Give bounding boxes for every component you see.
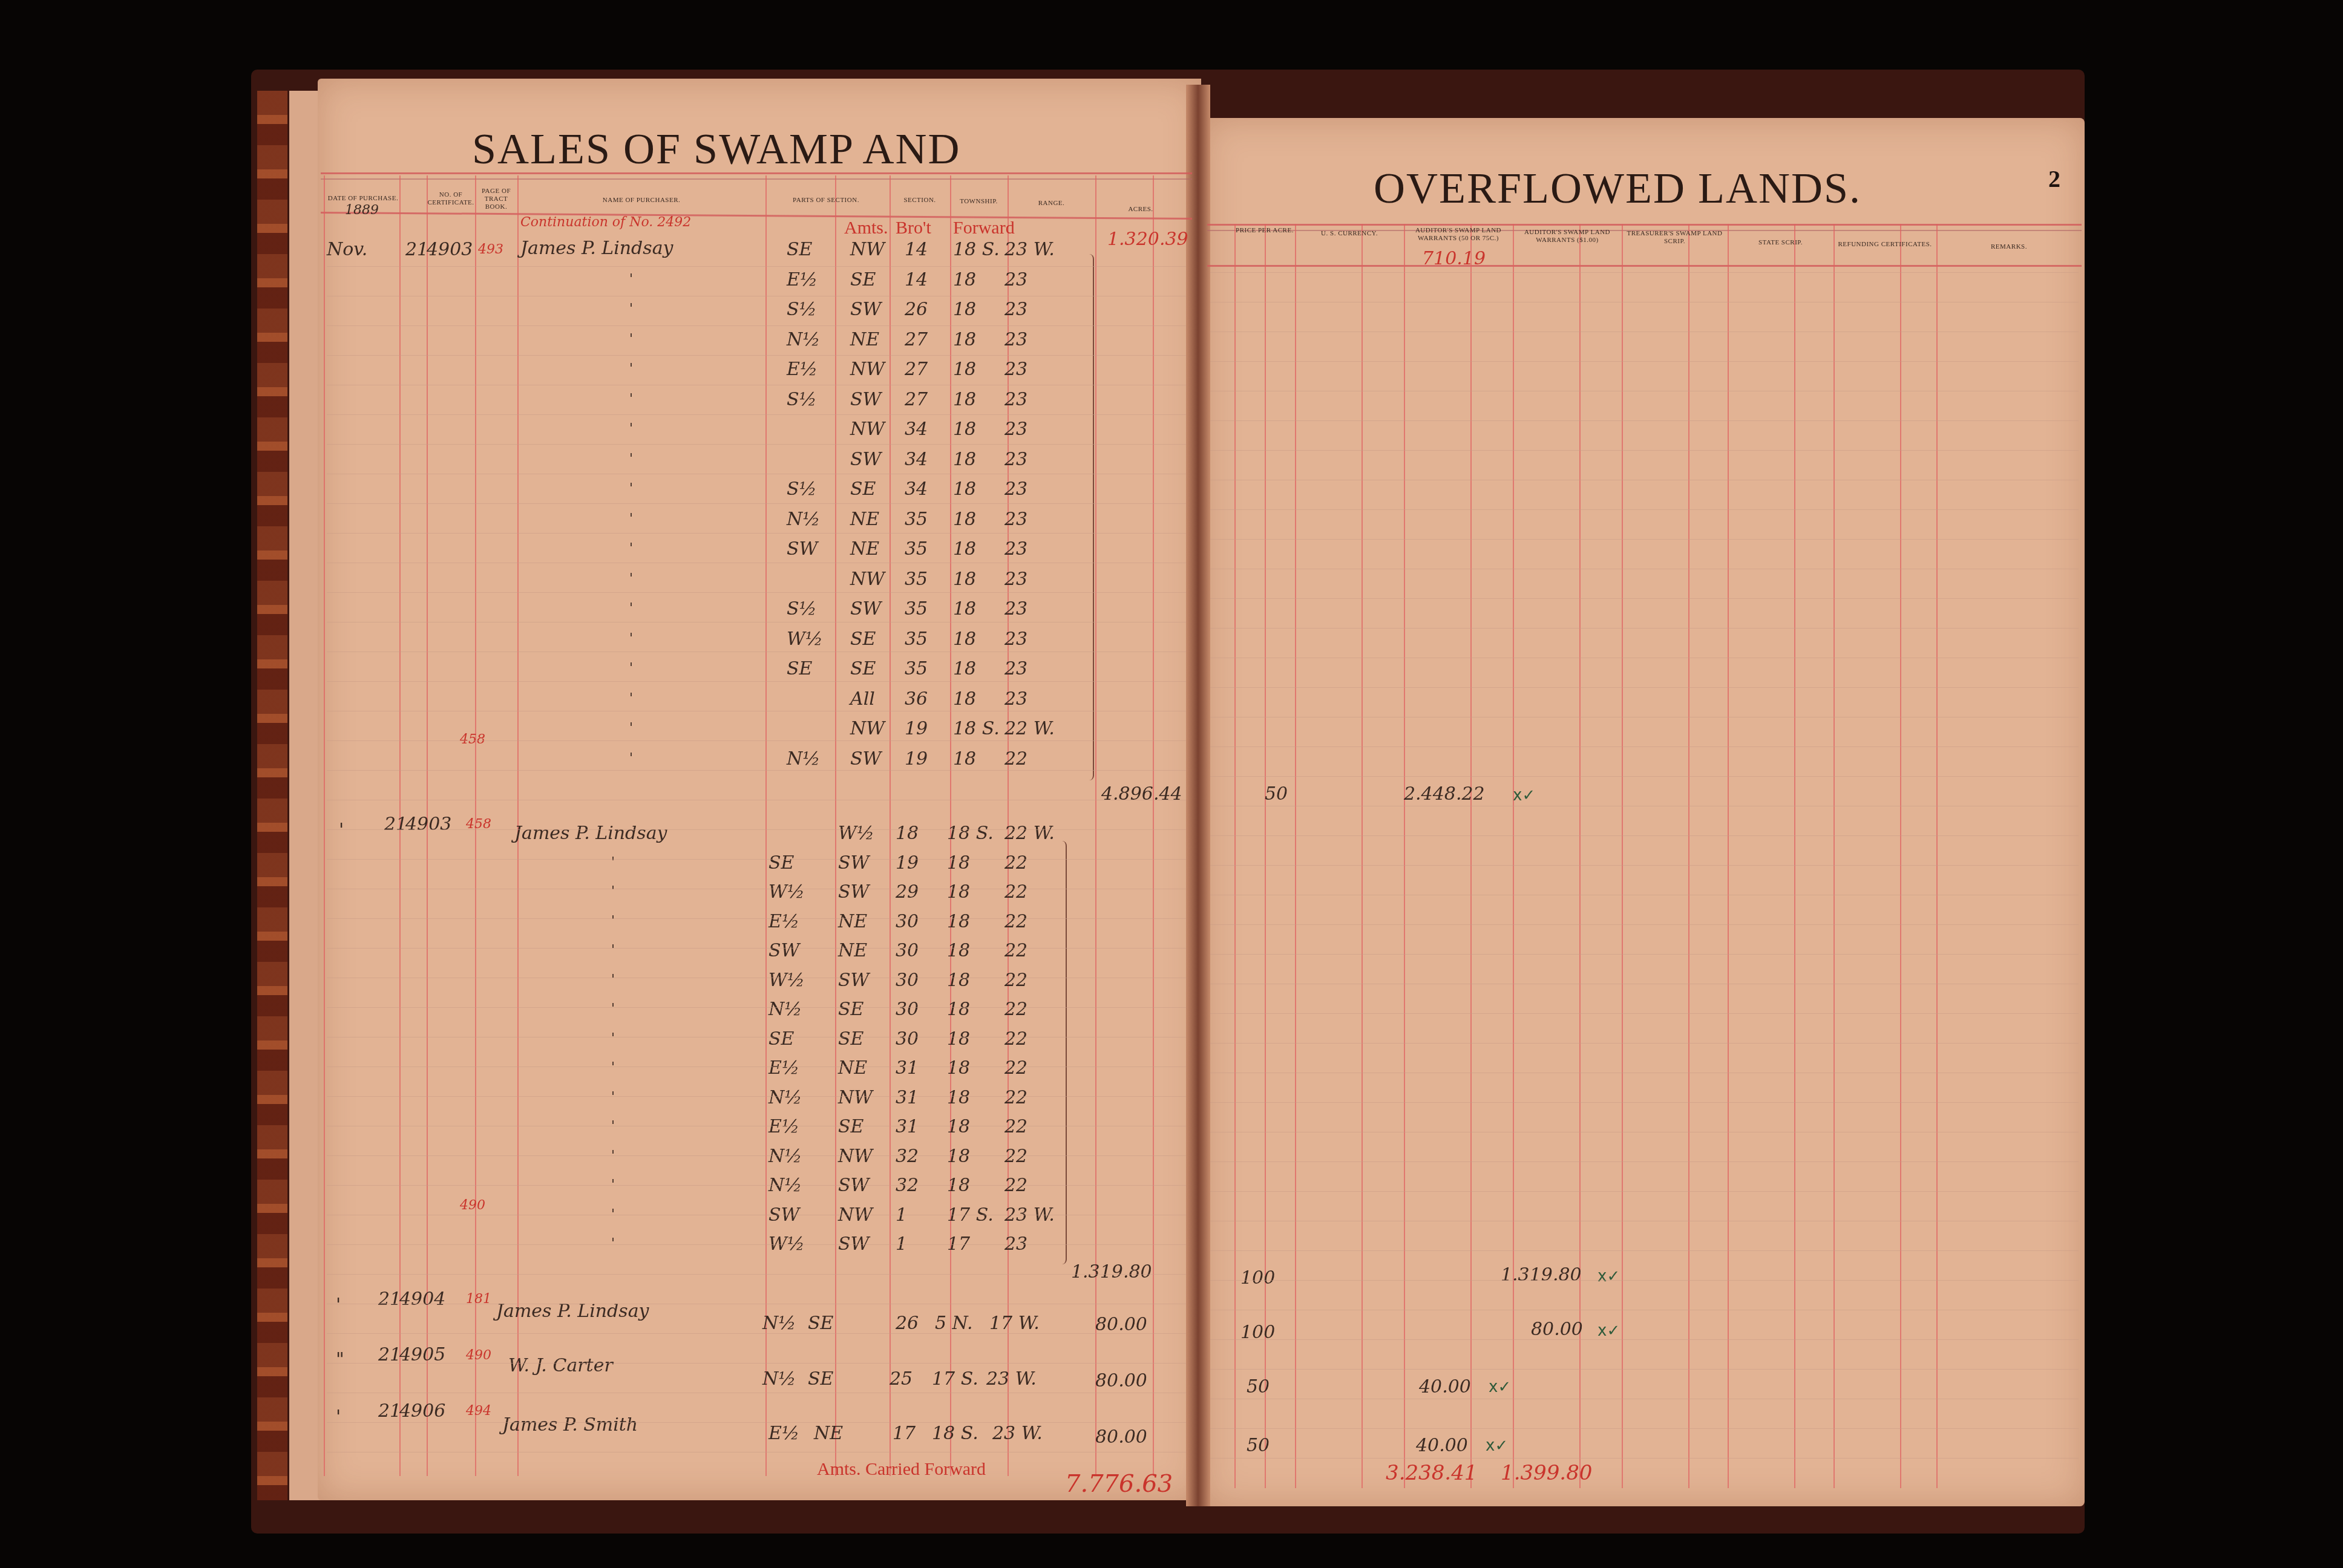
ditto-mark: ' bbox=[629, 481, 633, 496]
ruled-line bbox=[327, 681, 1186, 682]
row-part: N½ bbox=[762, 1368, 796, 1390]
header-auditor-warrants-1-00: Auditor's Swamp Land Warrants ($1.00) bbox=[1513, 229, 1622, 244]
ditto-mark: ' bbox=[611, 1001, 615, 1016]
row-range: 23 W. bbox=[986, 1368, 1037, 1390]
check-mark: x✓ bbox=[1513, 786, 1535, 805]
amts-label: Amts. bbox=[844, 218, 888, 238]
check-mark: x✓ bbox=[1597, 1267, 1620, 1285]
row-section: 32 bbox=[896, 1146, 919, 1167]
col-line bbox=[1513, 224, 1514, 1488]
entry-1-price: 50 bbox=[1265, 783, 1288, 805]
row-section: 19 bbox=[905, 748, 928, 769]
row-quarter: NW bbox=[850, 718, 885, 739]
ditto-mark: ' bbox=[629, 691, 633, 706]
row-range: 22 W. bbox=[1004, 718, 1055, 739]
row-part: SE bbox=[787, 239, 812, 260]
ditto-mark: ' bbox=[629, 451, 633, 466]
row-township: 18 S. bbox=[932, 1423, 978, 1444]
row-range: 23 bbox=[1004, 449, 1027, 470]
row-range: 23 bbox=[1004, 389, 1027, 410]
left-page-title: SALES OF SWAMP AND bbox=[472, 124, 961, 174]
ditto-mark: ' bbox=[629, 571, 633, 586]
ruled-line bbox=[327, 296, 1186, 296]
tract-note: 458 bbox=[460, 732, 485, 747]
row-quarter: NE bbox=[850, 538, 879, 560]
ruled-line bbox=[327, 1215, 1186, 1215]
ruled-line bbox=[1210, 1458, 2079, 1459]
row-quarter: SW bbox=[850, 299, 881, 320]
row-range: 23 bbox=[1004, 419, 1027, 440]
row-township: 17 S. bbox=[932, 1368, 978, 1390]
row-township: 18 bbox=[953, 269, 976, 290]
row-quarter: NE bbox=[838, 940, 867, 961]
row-township: 18 bbox=[947, 852, 970, 874]
ruled-line bbox=[327, 740, 1186, 741]
entry-certificate: 4906 bbox=[399, 1400, 445, 1422]
col-line bbox=[1794, 224, 1795, 1488]
ruled-line bbox=[327, 1274, 1186, 1275]
ruled-line bbox=[327, 1304, 1186, 1304]
row-quarter: SE bbox=[850, 269, 876, 290]
ruled-line bbox=[1210, 1250, 2079, 1251]
row-range: 23 bbox=[1004, 658, 1027, 679]
row-section: 27 bbox=[905, 329, 928, 350]
ruled-line bbox=[1210, 1043, 2079, 1044]
row-quarter: SE bbox=[850, 479, 876, 500]
ruled-line bbox=[1210, 776, 2079, 777]
row-quarter: SE bbox=[850, 629, 876, 650]
ruled-line bbox=[327, 503, 1186, 504]
entry-4-acres: 80.00 bbox=[1095, 1370, 1147, 1391]
header-rule-top-2 bbox=[321, 178, 1192, 180]
ruled-line bbox=[327, 1393, 1186, 1393]
ruled-line bbox=[327, 592, 1186, 593]
entry-date: 21 bbox=[405, 239, 428, 260]
row-part: N½ bbox=[787, 748, 820, 769]
col-line bbox=[1688, 224, 1689, 1488]
row-part: N½ bbox=[768, 999, 802, 1020]
row-quarter: NW bbox=[838, 1087, 873, 1108]
col-line bbox=[324, 175, 325, 1476]
ruled-line bbox=[327, 829, 1186, 830]
ruled-line bbox=[1210, 865, 2079, 866]
row-range: 23 W. bbox=[1004, 239, 1055, 260]
row-township: 18 bbox=[947, 999, 970, 1020]
row-quarter: NW bbox=[850, 419, 885, 440]
ruled-line bbox=[327, 948, 1186, 949]
row-part: E½ bbox=[768, 1057, 799, 1079]
col-line bbox=[1833, 224, 1835, 1488]
entry-5-price: 50 bbox=[1247, 1435, 1270, 1456]
auditor-warrants-brought-forward: 710.19 bbox=[1422, 248, 1486, 269]
ditto-mark: ' bbox=[629, 751, 633, 766]
ruled-line bbox=[1210, 1191, 2079, 1192]
entry-date: 21 bbox=[378, 1400, 401, 1422]
auditor-warrants-50-75-carried-forward: 3.238.41 bbox=[1386, 1461, 1477, 1485]
ruled-line bbox=[327, 266, 1186, 267]
row-range: 23 W. bbox=[992, 1423, 1043, 1444]
row-section: 18 bbox=[896, 823, 919, 844]
ditto-mark: ' bbox=[611, 1089, 615, 1105]
row-range: 22 bbox=[1004, 748, 1027, 769]
row-township: 18 bbox=[947, 1028, 970, 1050]
ruled-line bbox=[327, 414, 1186, 415]
entry-4-auditor-warrants: 40.00 bbox=[1419, 1376, 1471, 1397]
row-quarter: SE bbox=[808, 1368, 833, 1390]
ruled-line bbox=[327, 800, 1186, 800]
row-range: 22 bbox=[1004, 999, 1027, 1020]
row-township: 18 S. bbox=[947, 823, 994, 844]
ditto-mark: ' bbox=[611, 972, 615, 987]
header-price-per-acre: Price Per Acre. bbox=[1234, 227, 1295, 235]
ditto-mark: ' bbox=[629, 601, 633, 616]
col-line bbox=[1234, 224, 1236, 1488]
header-section: Section. bbox=[890, 197, 950, 204]
ditto-mark: ' bbox=[629, 541, 633, 556]
row-section: 35 bbox=[905, 598, 928, 619]
col-line bbox=[1153, 175, 1154, 1476]
ruled-line bbox=[1210, 569, 2079, 569]
ruled-line bbox=[1210, 835, 2079, 836]
ruled-line bbox=[1210, 1339, 2079, 1340]
entry-purchaser: James P. Smith bbox=[502, 1414, 638, 1436]
ruled-line bbox=[1210, 509, 2079, 510]
col-line bbox=[1900, 224, 1901, 1488]
row-part: W½ bbox=[768, 970, 805, 991]
row-quarter: NE bbox=[850, 329, 879, 350]
row-part: SE bbox=[768, 1028, 794, 1050]
ruled-line bbox=[1210, 1221, 2079, 1221]
row-township: 18 bbox=[953, 449, 976, 470]
row-section: 30 bbox=[896, 999, 919, 1020]
col-line bbox=[835, 175, 836, 1476]
check-mark: x✓ bbox=[1597, 1322, 1620, 1340]
entry-ditto: ' bbox=[336, 1295, 341, 1316]
row-range: 22 bbox=[1004, 1116, 1027, 1137]
ruled-line bbox=[327, 711, 1186, 711]
ditto-mark: ' bbox=[611, 1031, 615, 1046]
row-section: 17 bbox=[893, 1423, 916, 1444]
entry-ditto: ' bbox=[339, 820, 344, 841]
row-quarter: W½ bbox=[838, 823, 874, 844]
entry-tract-page: 494 bbox=[466, 1403, 491, 1419]
ledger-spine-edge bbox=[257, 91, 287, 1500]
entry-certificate: 4904 bbox=[399, 1289, 445, 1310]
row-part: N½ bbox=[768, 1087, 802, 1108]
col-line bbox=[1622, 224, 1623, 1488]
row-township: 18 bbox=[953, 389, 976, 410]
ruled-line bbox=[1210, 1013, 2079, 1014]
row-part: N½ bbox=[787, 329, 820, 350]
row-section: 27 bbox=[905, 359, 928, 380]
ditto-mark: ' bbox=[611, 1236, 615, 1251]
row-quarter: All bbox=[850, 688, 875, 710]
row-quarter: SW bbox=[850, 449, 881, 470]
header-township: Township. bbox=[950, 198, 1008, 206]
col-line bbox=[1470, 224, 1472, 1488]
entry-ditto: " bbox=[336, 1349, 344, 1370]
row-part: E½ bbox=[787, 359, 818, 380]
row-township: 18 bbox=[953, 359, 976, 380]
page-number: 2 bbox=[2048, 165, 2060, 193]
row-quarter: NW bbox=[850, 569, 885, 590]
check-mark: x✓ bbox=[1489, 1378, 1511, 1396]
row-section: 26 bbox=[896, 1313, 919, 1334]
ruled-line bbox=[327, 978, 1186, 978]
row-range: 23 bbox=[1004, 569, 1027, 590]
ditto-mark: ' bbox=[629, 301, 633, 316]
header-rule-top bbox=[321, 172, 1192, 174]
row-range: 22 bbox=[1004, 911, 1027, 932]
entry-date: 21 bbox=[378, 1344, 401, 1365]
row-part: SE bbox=[768, 852, 794, 874]
header-name-of-purchaser: NAME OF PURCHASER. bbox=[520, 197, 762, 204]
header-date-of-purchase: DATE OF PURCHASE. bbox=[327, 195, 399, 203]
row-quarter: SW bbox=[850, 748, 881, 769]
ruled-line bbox=[327, 1096, 1186, 1097]
row-section: 14 bbox=[905, 239, 928, 260]
right-header-rule-top bbox=[1207, 224, 2082, 226]
entry-purchaser: W. J. Carter bbox=[508, 1355, 613, 1376]
entry-date: 21 bbox=[384, 814, 407, 835]
carried-forward-label: Amts. Carried Forward bbox=[817, 1459, 986, 1480]
row-range: 23 bbox=[1004, 299, 1027, 320]
entry-2-acres: 1.319.80 bbox=[1071, 1261, 1152, 1282]
entry-tract-page: 490 bbox=[466, 1348, 491, 1363]
right-page-title: OVERFLOWED LANDS. bbox=[1374, 163, 1861, 214]
entry-2-price: 100 bbox=[1240, 1267, 1275, 1289]
entry-purchaser: James P. Lindsay bbox=[514, 823, 667, 844]
row-township: 18 bbox=[953, 509, 976, 530]
row-part: E½ bbox=[768, 1116, 799, 1137]
ditto-mark: ' bbox=[629, 332, 633, 347]
row-township: 18 bbox=[953, 598, 976, 619]
entry-tract-page: 493 bbox=[478, 242, 503, 257]
row-part: W½ bbox=[768, 881, 805, 903]
entry-3-auditor-warrants-1: 80.00 bbox=[1531, 1319, 1583, 1340]
entry-4-price: 50 bbox=[1247, 1376, 1270, 1397]
row-part: SE bbox=[787, 658, 812, 679]
entry-certificate: 4905 bbox=[399, 1344, 445, 1365]
row-range: 23 bbox=[1004, 359, 1027, 380]
row-range: 23 bbox=[1004, 538, 1027, 560]
brot-label: Bro't bbox=[896, 218, 931, 238]
ditto-mark: ' bbox=[629, 421, 633, 436]
row-section: 27 bbox=[905, 389, 928, 410]
row-quarter: SW bbox=[838, 852, 869, 874]
entry-5-auditor-warrants: 40.00 bbox=[1416, 1435, 1468, 1456]
ruled-line bbox=[1210, 717, 2079, 717]
row-township: 18 bbox=[947, 970, 970, 991]
row-range: 22 bbox=[1004, 881, 1027, 903]
auditor-warrants-1-00-carried-forward: 1.399.80 bbox=[1501, 1461, 1592, 1485]
entry-purchaser: James P. Lindsay bbox=[520, 238, 673, 259]
ruled-line bbox=[1210, 1132, 2079, 1132]
col-line bbox=[1404, 224, 1405, 1488]
ruled-line bbox=[1210, 598, 2079, 599]
row-township: 18 bbox=[953, 658, 976, 679]
row-quarter: NE bbox=[838, 911, 867, 932]
year-note: 1889 bbox=[345, 203, 379, 218]
row-quarter: NW bbox=[838, 1146, 873, 1167]
row-section: 31 bbox=[896, 1087, 919, 1108]
row-part: N½ bbox=[768, 1146, 802, 1167]
right-header-rule-bottom bbox=[1207, 265, 2082, 267]
ruled-line bbox=[327, 1007, 1186, 1008]
ditto-mark: ' bbox=[629, 361, 633, 376]
ruled-line bbox=[327, 563, 1186, 563]
ditto-mark: ' bbox=[611, 942, 615, 958]
col-line bbox=[1728, 224, 1729, 1488]
ruled-line bbox=[327, 533, 1186, 534]
entry-month: Nov. bbox=[327, 239, 367, 260]
ditto-mark: ' bbox=[629, 511, 633, 526]
ruled-line bbox=[1210, 450, 2079, 451]
ruled-line bbox=[1210, 272, 2079, 273]
ruled-line bbox=[1210, 924, 2079, 925]
ruled-line bbox=[1210, 1428, 2079, 1429]
row-quarter: SE bbox=[850, 658, 876, 679]
col-line bbox=[1936, 224, 1938, 1488]
left-page bbox=[318, 79, 1201, 1500]
row-section: 26 bbox=[905, 299, 928, 320]
header-parts-of-section: PARTS OF SECTION. bbox=[765, 197, 886, 204]
row-range: 23 bbox=[1004, 598, 1027, 619]
row-part: S½ bbox=[787, 479, 817, 500]
header-us-currency: U. S. Currency. bbox=[1295, 230, 1404, 238]
row-section: 30 bbox=[896, 970, 919, 991]
row-township: 18 S. bbox=[953, 239, 1000, 260]
ruled-line bbox=[1210, 1399, 2079, 1399]
entry-1-auditor-warrants: 2.448.22 bbox=[1404, 783, 1485, 805]
row-range: 22 bbox=[1004, 852, 1027, 874]
row-part: SW bbox=[787, 538, 818, 560]
ruled-line bbox=[327, 1126, 1186, 1126]
row-section: 30 bbox=[896, 1028, 919, 1050]
row-quarter: SW bbox=[838, 970, 869, 991]
row-township: 18 bbox=[947, 911, 970, 932]
right-page bbox=[1204, 118, 2085, 1506]
row-township: 18 bbox=[953, 479, 976, 500]
row-quarter: NE bbox=[838, 1057, 867, 1079]
row-range: 22 bbox=[1004, 1028, 1027, 1050]
acreage-bracket bbox=[1089, 254, 1094, 780]
ruled-line bbox=[1210, 1310, 2079, 1310]
ruled-line bbox=[327, 770, 1186, 771]
row-range: 17 W. bbox=[989, 1313, 1040, 1334]
ruled-line bbox=[327, 1363, 1186, 1364]
header-range: Range. bbox=[1008, 200, 1095, 207]
ruled-line bbox=[1210, 391, 2079, 391]
book-gutter bbox=[1186, 85, 1210, 1506]
row-quarter: NW bbox=[850, 359, 885, 380]
row-part: S½ bbox=[787, 598, 817, 619]
ruled-line bbox=[1210, 984, 2079, 984]
row-range: 22 bbox=[1004, 940, 1027, 961]
row-township: 18 bbox=[947, 940, 970, 961]
entry-certificate: 4903 bbox=[427, 239, 473, 260]
forward-label: Forward bbox=[953, 218, 1015, 238]
row-township: 18 bbox=[953, 419, 976, 440]
ruled-line bbox=[1210, 806, 2079, 806]
row-section: 31 bbox=[896, 1057, 919, 1079]
header-remarks: REMARKS. bbox=[1936, 243, 2082, 251]
ditto-mark: ' bbox=[611, 913, 615, 929]
ruled-line bbox=[1210, 1102, 2079, 1103]
row-township: 18 bbox=[953, 299, 976, 320]
row-section: 34 bbox=[905, 449, 928, 470]
ruled-line bbox=[327, 444, 1186, 445]
row-range: 22 bbox=[1004, 1146, 1027, 1167]
ruled-line bbox=[327, 622, 1186, 622]
ruled-line bbox=[327, 1155, 1186, 1156]
ruled-line bbox=[1210, 480, 2079, 480]
ditto-mark: ' bbox=[611, 1060, 615, 1075]
ruled-line bbox=[1210, 361, 2079, 362]
row-township: 18 bbox=[947, 1087, 970, 1108]
row-range: 22 bbox=[1004, 1087, 1027, 1108]
entry-ditto: ' bbox=[336, 1406, 341, 1428]
header-state-scrip: STATE SCRIP. bbox=[1728, 239, 1833, 247]
row-section: 34 bbox=[905, 479, 928, 500]
row-section: 30 bbox=[896, 911, 919, 932]
entry-1-acres: 4.896.44 bbox=[1101, 783, 1182, 805]
row-township: 5 N. bbox=[935, 1313, 973, 1334]
ditto-mark: ' bbox=[629, 391, 633, 407]
row-range: 23 bbox=[1004, 629, 1027, 650]
ruled-line bbox=[1210, 746, 2079, 747]
col-line bbox=[890, 175, 891, 1476]
ruled-line bbox=[327, 1037, 1186, 1037]
row-part: W½ bbox=[787, 629, 823, 650]
col-line bbox=[1265, 224, 1266, 1488]
row-section: 34 bbox=[905, 419, 928, 440]
ruled-line bbox=[327, 385, 1186, 385]
row-township: 18 bbox=[947, 881, 970, 903]
row-quarter: SE bbox=[838, 1028, 863, 1050]
ruled-line bbox=[327, 1333, 1186, 1334]
row-part: SW bbox=[768, 940, 799, 961]
acres-brought-forward: 1.320.39 bbox=[1107, 229, 1188, 250]
check-mark: x✓ bbox=[1486, 1437, 1508, 1455]
row-part: S½ bbox=[787, 299, 817, 320]
continuation-note: Continuation of No. 2492 bbox=[520, 215, 691, 230]
col-line bbox=[1362, 224, 1363, 1488]
row-section: 35 bbox=[905, 569, 928, 590]
entry-3-acres: 80.00 bbox=[1095, 1314, 1147, 1335]
row-township: 18 bbox=[953, 629, 976, 650]
row-section: 31 bbox=[896, 1116, 919, 1137]
ditto-mark: ' bbox=[611, 855, 615, 870]
row-quarter: NE bbox=[850, 509, 879, 530]
header-certificate-no: No. of Certificate. bbox=[427, 191, 475, 207]
ruled-line bbox=[1210, 1161, 2079, 1162]
row-section: 29 bbox=[896, 881, 919, 903]
ruled-line bbox=[327, 325, 1186, 326]
ruled-line bbox=[1210, 1280, 2079, 1281]
ruled-line bbox=[1210, 895, 2079, 895]
row-township: 18 bbox=[953, 688, 976, 710]
ruled-line bbox=[1210, 539, 2079, 540]
ditto-mark: ' bbox=[611, 884, 615, 899]
ruled-line bbox=[1210, 954, 2079, 955]
row-part: N½ bbox=[787, 509, 820, 530]
ditto-mark: ' bbox=[629, 720, 633, 736]
row-township: 18 S. bbox=[953, 718, 1000, 739]
header-tract-book-page: Page of Tract Book. bbox=[475, 188, 517, 211]
row-range: 23 bbox=[1004, 329, 1027, 350]
row-range: 22 bbox=[1004, 1057, 1027, 1079]
